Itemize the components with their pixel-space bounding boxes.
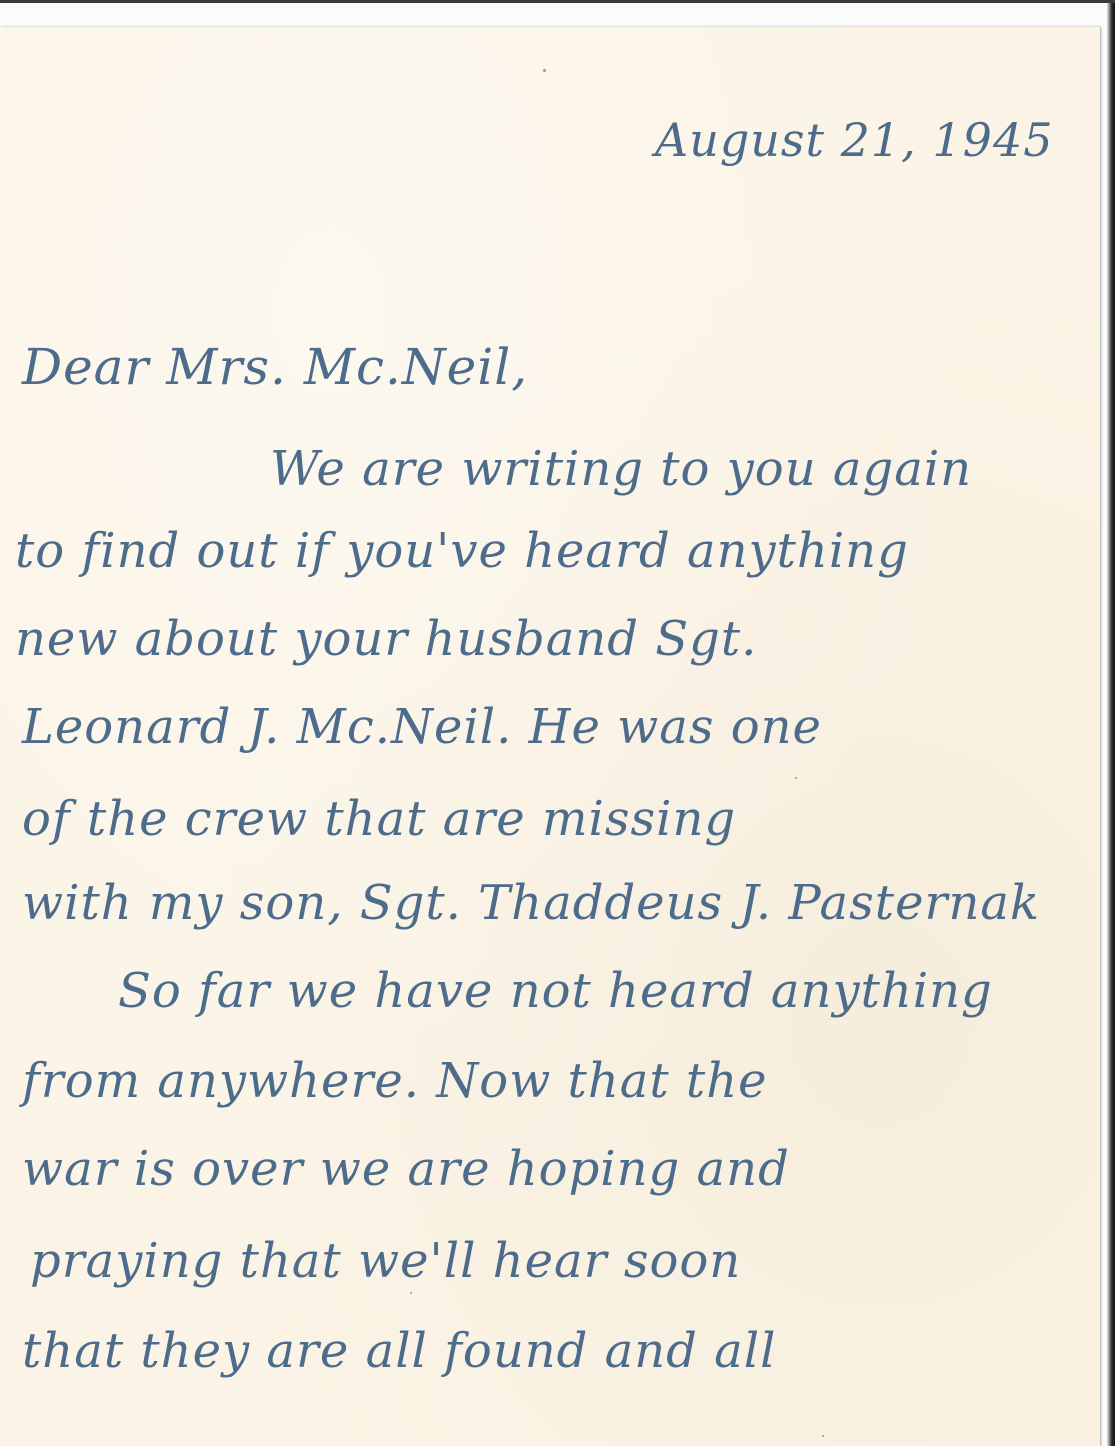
- scanner-edge: [1107, 3, 1115, 1446]
- paper-speck: [543, 69, 546, 72]
- letter-line-10: praying that we'll hear soon: [30, 1237, 741, 1285]
- paper-speck: [410, 1292, 412, 1294]
- letter-line-7: So far we have not heard anything: [118, 967, 993, 1015]
- letter-line-11: that they are all found and all: [22, 1327, 776, 1375]
- letter-date: August 21, 1945: [655, 117, 1053, 163]
- letter-line-9: war is over we are hoping and: [22, 1145, 790, 1193]
- letter-salutation: Dear Mrs. Mc.Neil,: [22, 342, 528, 392]
- letter-line-5: of the crew that are missing: [22, 795, 736, 843]
- letter-line-6: with my son, Sgt. Thaddeus J. Pasternak: [22, 879, 1040, 927]
- letter-line-1: We are writing to you again: [270, 445, 972, 493]
- scanned-page: August 21, 1945 Dear Mrs. Mc.Neil, We ar…: [0, 0, 1115, 1446]
- letter-line-8: from anywhere. Now that the: [22, 1057, 768, 1105]
- letter-line-3: new about your husband Sgt.: [15, 615, 757, 663]
- letter-paper: August 21, 1945 Dear Mrs. Mc.Neil, We ar…: [0, 27, 1100, 1446]
- paper-speck: [795, 777, 797, 779]
- letter-line-4: Leonard J. Mc.Neil. He was one: [22, 703, 822, 751]
- letter-line-2: to find out if you've heard anything: [15, 527, 909, 575]
- paper-speck: [822, 1435, 824, 1437]
